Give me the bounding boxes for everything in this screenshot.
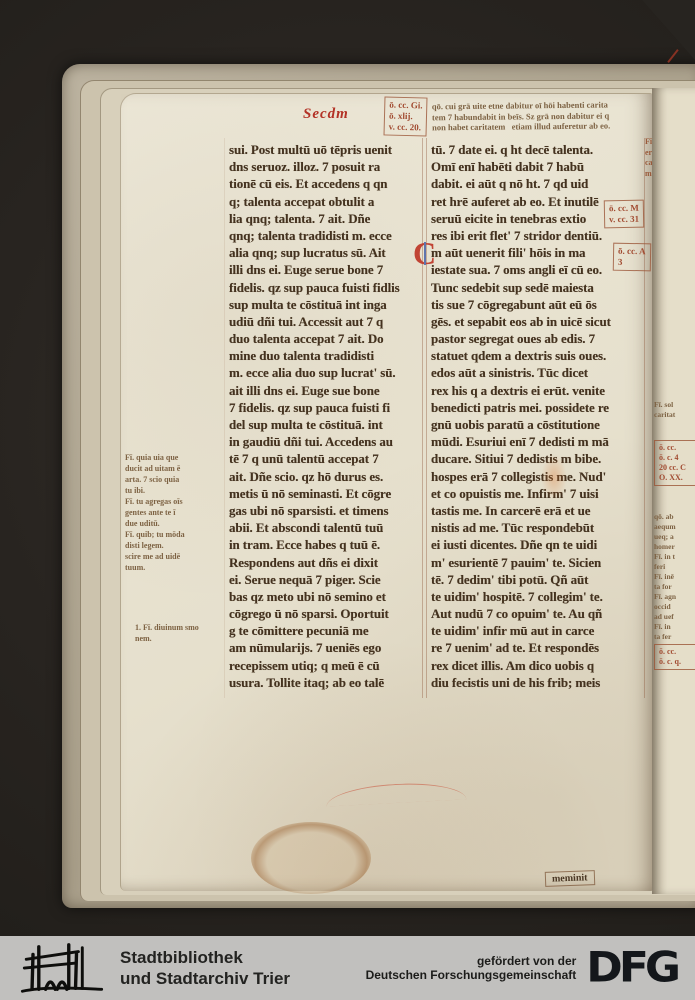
text-line: ait. Dñe scio. qz hō durus es. [229, 468, 423, 485]
text-line: duo talenta accepat 7 ait. Do [229, 330, 423, 347]
text-line: ei. Serue nequā 7 piger. Scie [229, 571, 423, 588]
gloss-line: caritat [654, 410, 695, 420]
text-line: mine duo talenta tradidisti [229, 347, 423, 364]
library-name-line1: Stadtbibliothek [120, 947, 290, 968]
gloss-line: Fī. agn [654, 592, 695, 602]
canon-line: 20 cc. C [659, 463, 695, 473]
gloss-line: Fī. sol [654, 400, 695, 410]
red-pen-trial-mark [667, 49, 678, 63]
text-line: tionē cū eis. Et accedens q qn [229, 175, 423, 192]
gloss-line: due uditū. [125, 518, 227, 529]
text-line: metis ū nō seminasti. Et cōgre [229, 485, 423, 502]
footer-bar: Stadtbibliothek und Stadtarchiv Trier ge… [0, 936, 695, 1000]
canon-line: ō. xlij. [389, 111, 423, 123]
top-margin-gloss: qō. cui grā uite etne dabitur oī hōi hab… [432, 99, 687, 133]
text-line: gas ubi nō sparsisti. et timens [229, 502, 423, 519]
canon-line: ō. c. q. [659, 657, 695, 667]
text-line: cōgrego ū nō sparsi. Oportuit [229, 605, 423, 622]
text-line: g te cōmittere pecuniā me [229, 622, 423, 639]
page-smudge [541, 454, 567, 500]
text-line: in tram. Ecce habes q tuū ē. [229, 536, 423, 553]
digitized-manuscript-viewer: Secdm ō. cc. Gi.ō. xlij.v. cc. 20. qō. c… [0, 0, 695, 1000]
text-line: udiū dñi tui. Accessit aut 7 q [229, 313, 423, 330]
text-line: recepissem utiq; q meū ē cū [229, 657, 423, 674]
text-line: Aut nudū 7 co opuim' te. Au qñ [431, 605, 645, 622]
gloss-line: Fī. in [654, 622, 695, 632]
text-line: alia qnq; sup lucratus sū. Ait [229, 244, 423, 261]
text-line: re 7 uenim' ad te. Et respondēs [431, 639, 645, 656]
text-line: diu fecistis uni de his frib; meis [431, 674, 645, 691]
gloss-line: qō. ab [654, 512, 695, 522]
porta-nigra-logo [18, 940, 106, 998]
catchword-box: meminit [545, 870, 595, 887]
gloss-line: scire me ad uidē [125, 551, 227, 562]
gloss-line: ueq; a [654, 532, 695, 542]
facing-page-canon-box: ō. cc.ō. c. 420 cc. CO. XX. [654, 440, 695, 486]
text-line: dabit. ei aūt q nō ht. 7 qd uid [431, 175, 645, 192]
red-ink-offset-mark [326, 780, 467, 806]
gloss-line: tuum. [125, 562, 227, 573]
text-line: qnq; talenta tradidisti m. ecce [229, 227, 423, 244]
left-margin-gloss: Fī. quia uia queducit ad uitam ēarta. 7 … [125, 452, 227, 573]
text-line: q; talenta accepat obtulit a [229, 193, 423, 210]
dfg-logo: DFG [586, 947, 681, 989]
text-line: tis sue 7 cōgregabunt aūt eū ōs [431, 296, 645, 313]
canon-line: ō. c. 4 [659, 453, 695, 463]
gloss-line: aequm [654, 522, 695, 532]
library-name: Stadtbibliothek und Stadtarchiv Trier [120, 947, 290, 989]
gloss-line: ta for [654, 582, 695, 592]
text-line: sup multa te cōstituā int inga [229, 296, 423, 313]
funding-credit: gefördert von der Deutschen Forschungsge… [366, 954, 577, 983]
gloss-line: arta. 7 scio quia [125, 474, 227, 485]
page-stain [251, 822, 371, 894]
gloss-line: Fī. quia uia que [125, 452, 227, 463]
text-line: Omī enī habēti dabit 7 habū [431, 158, 645, 175]
text-line: gēs. et sepabit eos ab in uicē sicut [431, 313, 645, 330]
text-line: tē 7 q unū talentū accepat 7 [229, 450, 423, 467]
text-line: del sup multa te cōstituā. int [229, 416, 423, 433]
facing-page-edge: Fī. solcaritat ō. cc.ō. c. 420 cc. CO. X… [652, 88, 695, 894]
text-line: hospes erā 7 collegistis me. Nud' [431, 468, 645, 485]
gloss-line: occid [654, 602, 695, 612]
text-line: m. ecce alia duo sup lucrat' sū. [229, 364, 423, 381]
text-line: tē. 7 dedim' tibi potū. Qñ aūt [431, 571, 645, 588]
gloss-line: 1. Fī. diuinum smo [135, 622, 237, 633]
manuscript-photo: Secdm ō. cc. Gi.ō. xlij.v. cc. 20. qō. c… [0, 0, 695, 936]
text-line: pastor segregat oues ab edis. 7 [431, 330, 645, 347]
canon-line: ō. cc. [659, 647, 695, 657]
text-line: illi dns ei. Euge serue bone 7 [229, 261, 423, 278]
text-line: 7 fidelis. qz sup pauca fuisti fi [229, 399, 423, 416]
gloss-line: ta fer [654, 632, 695, 642]
text-line: Respondens aut dñs ei dixit [229, 554, 423, 571]
text-line: dns seruoz. illoz. 7 posuit ra [229, 158, 423, 175]
canon-concordance-box-right-2: ō. cc. A3 [613, 243, 651, 272]
text-line: gnū uobis paratū a cōstitutione [431, 416, 645, 433]
canon-concordance-box-right-1: ō. cc. Mv. cc. 31 [604, 200, 644, 229]
library-name-line2: und Stadtarchiv Trier [120, 968, 290, 989]
text-line: res ibi erit flet' 7 stridor dentiū. [431, 227, 645, 244]
gloss-line: tu ibi. [125, 485, 227, 496]
text-line: mūdi. Esuriui enī 7 dedisti m mā [431, 433, 645, 450]
text-line: Tunc sedebit sup sedē maiesta [431, 279, 645, 296]
text-line: et co opuistis me. Infirm' 7 uisi [431, 485, 645, 502]
facing-page-gloss: Fī. solcaritat [654, 400, 695, 420]
ruling-line [426, 138, 427, 698]
text-line: m' esurientē 7 pauim' te. Sicien [431, 554, 645, 571]
canon-line: v. cc. 20. [389, 122, 423, 134]
text-line: rex his q a dextris ei erūt. venite [431, 382, 645, 399]
funding-branding: gefördert von der Deutschen Forschungsge… [366, 946, 681, 990]
gloss-line: non habet caritatem etiam illud auferetu… [432, 120, 687, 133]
running-header: Secdm [303, 106, 349, 123]
text-line: ducare. Sitiui 7 dedistis m bibe. [431, 450, 645, 467]
gloss-line: disti legem. [125, 540, 227, 551]
gloss-line: nem. [135, 633, 237, 644]
ruling-line [224, 138, 225, 698]
gloss-line: Fī. inē [654, 572, 695, 582]
text-line: fidelis. qz sup pauca fuisti fidlis [229, 279, 423, 296]
text-line: ait illi dns ei. Euge sue bone [229, 382, 423, 399]
gloss-line: ad uef [654, 612, 695, 622]
gloss-line: gentes ante te ī [125, 507, 227, 518]
facing-page-gloss-list: qō. abaequmueq; ahomerFī. in tferiFī. in… [654, 512, 695, 642]
funding-line2: Deutschen Forschungsgemeinschaft [366, 968, 577, 983]
decorated-initial: C [413, 237, 435, 269]
left-margin-gloss-lower: 1. Fī. diuinum smonem. [135, 622, 237, 644]
gloss-line: Fī. quib; tu mōda [125, 529, 227, 540]
canon-line: ō. cc. Gi. [389, 100, 423, 112]
text-line: te uidim' hospitē. 7 collegim' te. [431, 588, 645, 605]
text-line: te uidim' infir mū aut in carce [431, 622, 645, 639]
canon-concordance-box-top: ō. cc. Gi.ō. xlij.v. cc. 20. [383, 96, 427, 136]
canon-line: v. cc. 31 [609, 214, 639, 226]
text-line: ei iusti dicentes. Dñe qn te uidi [431, 536, 645, 553]
gloss-line: homer [654, 542, 695, 552]
canon-line: ō. cc. M [609, 203, 639, 215]
gloss-line: Fī. tu agregas oīs [125, 496, 227, 507]
text-line: tū. 7 date ei. q ht decē talenta. [431, 141, 645, 158]
manuscript-page: Secdm ō. cc. Gi.ō. xlij.v. cc. 20. qō. c… [120, 93, 653, 891]
text-line: am nūmularijs. 7 ueniēs ego [229, 639, 423, 656]
gloss-line: feri [654, 562, 695, 572]
catchword: meminit [552, 872, 588, 884]
gloss-line: Fī. in t [654, 552, 695, 562]
canon-line: ō. cc. [659, 443, 695, 453]
left-text-column: sui. Post multū uō tēpris uenitdns seruo… [229, 141, 423, 691]
text-line: abii. Et abscondi talentū tuū [229, 519, 423, 536]
text-line: in gaudiū dñi tui. Accedens au [229, 433, 423, 450]
gloss-line: ducit ad uitam ē [125, 463, 227, 474]
text-line: benedicti patris mei. possidete re [431, 399, 645, 416]
canon-line: ō. cc. A [618, 246, 646, 257]
canon-line: O. XX. [659, 473, 695, 483]
funding-line1: gefördert von der [366, 954, 577, 969]
canon-line: 3 [618, 257, 646, 268]
text-line: edos aūt a sinistris. Tūc dicet [431, 364, 645, 381]
text-line: usura. Tollite itaq; ab eo talē [229, 674, 423, 691]
text-line: rex dicet illis. Am dico uobis q [431, 657, 645, 674]
text-line: lia qnq; talenta. 7 ait. Dñe [229, 210, 423, 227]
text-line: tastis me. In carcerē erā et ue [431, 502, 645, 519]
text-line: sui. Post multū uō tēpris uenit [229, 141, 423, 158]
cover-corner-shadow [642, 0, 695, 60]
library-branding: Stadtbibliothek und Stadtarchiv Trier [18, 938, 290, 998]
text-line: bas qz meto ubi nō semino et [229, 588, 423, 605]
text-line: nistis ad me. Tūc respondebūt [431, 519, 645, 536]
text-line: statuet qdem a dextris suis oues. [431, 347, 645, 364]
facing-page-canon-box-lower: ō. cc.ō. c. q. [654, 644, 695, 670]
